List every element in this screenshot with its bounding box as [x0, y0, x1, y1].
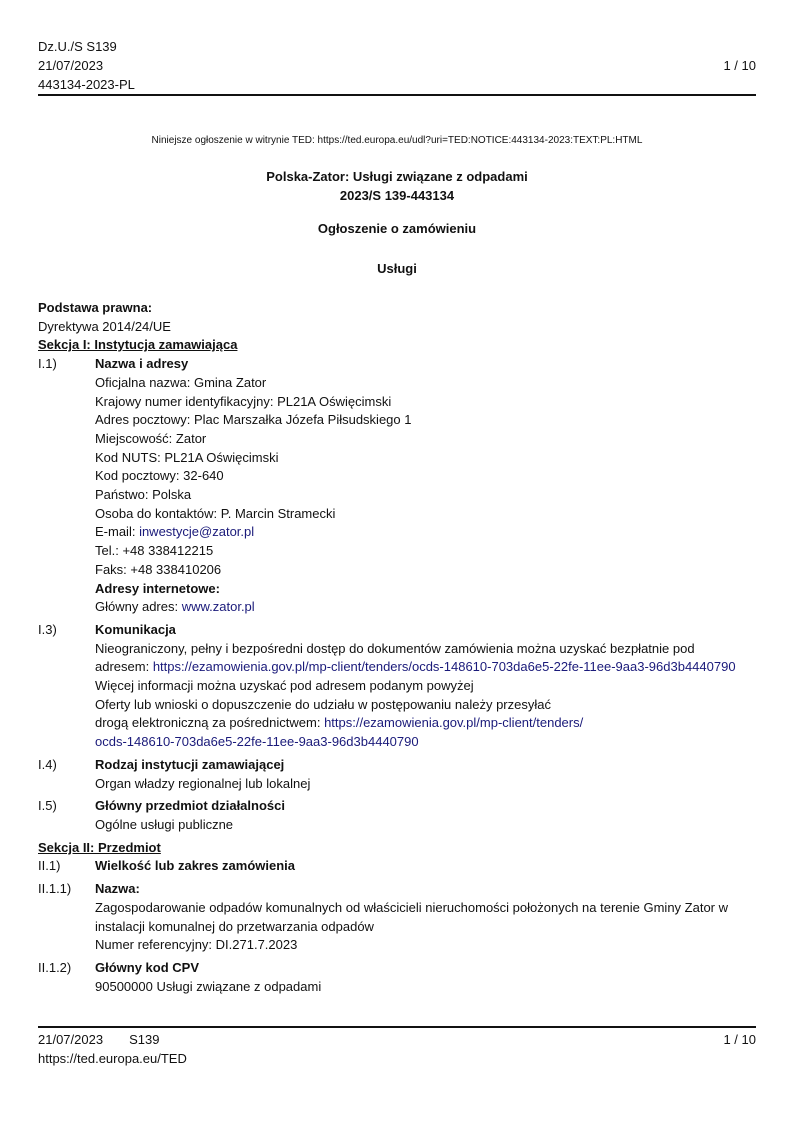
- submission-url-link-continued[interactable]: ocds-148610-703da6e5-22fe-11ee-9aa3-96d3…: [95, 734, 419, 749]
- item-value: Organ władzy regionalnej lub lokalnej: [95, 775, 756, 794]
- item-title: Główny kod CPV: [95, 959, 756, 978]
- email-line: E-mail: inwestycje@zator.pl: [95, 523, 756, 542]
- legal-basis-label: Podstawa prawna:: [38, 299, 756, 318]
- item-title: Rodzaj instytucji zamawiającej: [95, 756, 756, 775]
- phone: Tel.: +48 338412215: [95, 542, 756, 561]
- nuts-code: Kod NUTS: PL21A Oświęcimski: [95, 449, 756, 468]
- item-i1: I.1) Nazwa i adresy Oficjalna nazwa: Gmi…: [38, 355, 756, 617]
- item-number: II.1.2): [38, 959, 95, 996]
- contract-name-line: Zagospodarowanie odpadów komunalnych od …: [95, 899, 756, 918]
- item-title: Wielkość lub zakres zamówienia: [95, 857, 756, 876]
- notice-type: Ogłoszenie o zamówieniu: [0, 221, 794, 236]
- page-footer: 21/07/2023S139 https://ted.europa.eu/TED…: [38, 1030, 756, 1068]
- footer-page-number: 1 / 10: [723, 1030, 756, 1049]
- submission-prefix: drogą elektroniczną za pośrednictwem:: [95, 715, 324, 730]
- header-page-number: 1 / 10: [723, 56, 756, 75]
- access-line: adresem: https://ezamowienia.gov.pl/mp-c…: [95, 658, 756, 677]
- footer-divider: [38, 1026, 756, 1028]
- postal-code: Kod pocztowy: 32-640: [95, 467, 756, 486]
- official-name: Oficjalna nazwa: Gmina Zator: [95, 374, 756, 393]
- contact-person: Osoba do kontaktów: P. Marcin Stramecki: [95, 505, 756, 524]
- item-title: Główny przedmiot działalności: [95, 797, 756, 816]
- internet-addresses-label: Adresy internetowe:: [95, 580, 756, 599]
- item-title: Nazwa i adresy: [95, 355, 756, 374]
- notice-title: Polska-Zator: Usługi związane z odpadami…: [0, 167, 794, 205]
- item-i3: I.3) Komunikacja Nieograniczony, pełny i…: [38, 621, 756, 752]
- submission-line: drogą elektroniczną za pośrednictwem: ht…: [95, 714, 756, 733]
- documents-url-link[interactable]: https://ezamowienia.gov.pl/mp-client/ten…: [153, 659, 736, 674]
- item-title: Komunikacja: [95, 621, 756, 640]
- ted-notice-link-note: Niniejsze ogłoszenie w witrynie TED: htt…: [0, 135, 794, 146]
- item-title: Nazwa:: [95, 880, 756, 899]
- notice-number: 2023/S 139-443134: [0, 186, 794, 205]
- country: Państwo: Polska: [95, 486, 756, 505]
- notice-body: Podstawa prawna: Dyrektywa 2014/24/UE Se…: [38, 299, 756, 996]
- page-header: Dz.U./S S139 21/07/2023 443134-2023-PL 1…: [38, 37, 756, 94]
- main-address-link[interactable]: www.zator.pl: [182, 599, 255, 614]
- item-ii1: II.1) Wielkość lub zakres zamówienia: [38, 857, 756, 876]
- item-number: I.4): [38, 756, 95, 793]
- item-i4: I.4) Rodzaj instytucji zamawiającej Orga…: [38, 756, 756, 793]
- submission-url-link[interactable]: https://ezamowienia.gov.pl/mp-client/ten…: [324, 715, 583, 730]
- footer-date: 21/07/2023: [38, 1032, 103, 1047]
- item-number: II.1): [38, 857, 95, 876]
- contract-name-line: instalacji komunalnej do przetwarzania o…: [95, 918, 756, 937]
- section-2-heading: Sekcja II: Przedmiot: [38, 839, 756, 858]
- header-date: 21/07/2023: [38, 56, 756, 75]
- contract-type: Usługi: [0, 261, 794, 276]
- item-value: Ogólne usługi publiczne: [95, 816, 756, 835]
- title-line: Polska-Zator: Usługi związane z odpadami: [0, 167, 794, 186]
- postal-address: Adres pocztowy: Plac Marszałka Józefa Pi…: [95, 411, 756, 430]
- item-number: I.5): [38, 797, 95, 834]
- access-text: Nieograniczony, pełny i bezpośredni dost…: [95, 640, 756, 659]
- main-address-line: Główny adres: www.zator.pl: [95, 598, 756, 617]
- more-info: Więcej informacji można uzyskać pod adre…: [95, 677, 756, 696]
- national-id: Krajowy numer identyfikacyjny: PL21A Ośw…: [95, 393, 756, 412]
- header-divider: [38, 94, 756, 96]
- access-prefix: adresem:: [95, 659, 153, 674]
- item-ii12: II.1.2) Główny kod CPV 90500000 Usługi z…: [38, 959, 756, 996]
- footer-series: S139: [129, 1032, 159, 1047]
- item-number: II.1.1): [38, 880, 95, 955]
- fax: Faks: +48 338410206: [95, 561, 756, 580]
- main-address-label: Główny adres:: [95, 599, 182, 614]
- submission-text: Oferty lub wnioski o dopuszczenie do udz…: [95, 696, 756, 715]
- email-label: E-mail:: [95, 524, 139, 539]
- item-number: I.1): [38, 355, 95, 617]
- item-number: I.3): [38, 621, 95, 752]
- email-link[interactable]: inwestycje@zator.pl: [139, 524, 254, 539]
- section-1-heading: Sekcja I: Instytucja zamawiająca: [38, 336, 756, 355]
- reference-number: Numer referencyjny: DI.271.7.2023: [95, 936, 756, 955]
- notice-id: 443134-2023-PL: [38, 75, 756, 94]
- footer-url: https://ted.europa.eu/TED: [38, 1049, 756, 1068]
- journal-ref: Dz.U./S S139: [38, 37, 756, 56]
- item-ii11: II.1.1) Nazwa: Zagospodarowanie odpadów …: [38, 880, 756, 955]
- legal-basis-value: Dyrektywa 2014/24/UE: [38, 318, 756, 337]
- cpv-code: 90500000 Usługi związane z odpadami: [95, 978, 756, 997]
- town: Miejscowość: Zator: [95, 430, 756, 449]
- item-i5: I.5) Główny przedmiot działalności Ogóln…: [38, 797, 756, 834]
